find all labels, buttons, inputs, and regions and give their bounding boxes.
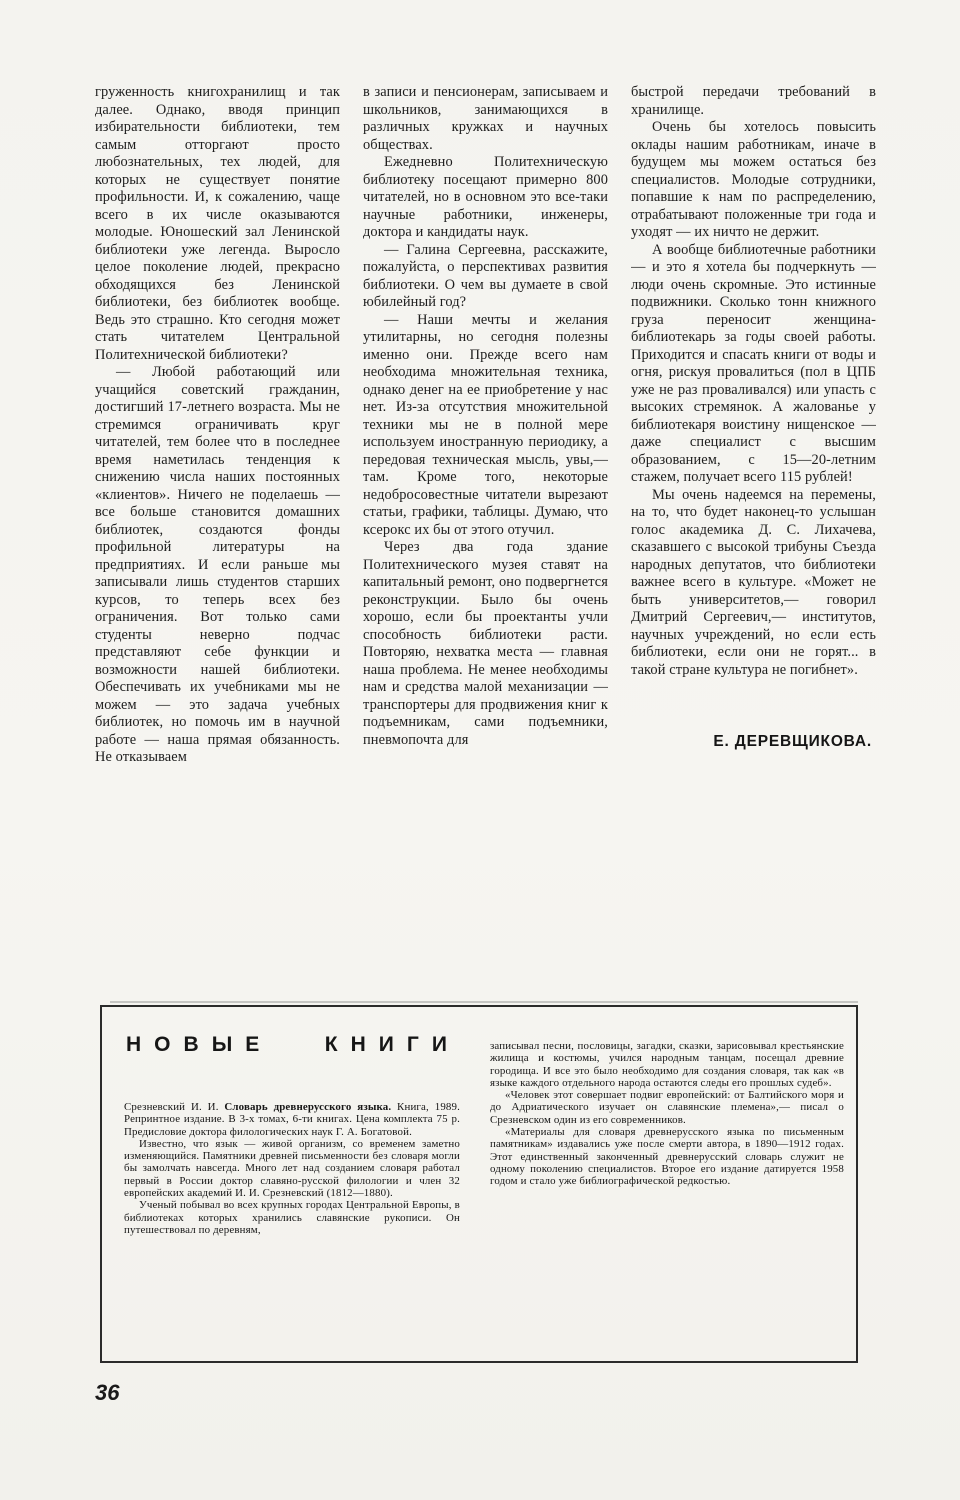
paragraph: быстрой передачи требований в хранилище.	[631, 84, 876, 119]
scan-artifact-line	[110, 1001, 858, 1003]
paragraph: А вообще библиотечные работники — и это …	[631, 242, 876, 487]
paragraph: Через два года здание Политехнического м…	[363, 539, 608, 749]
magazine-page: груженность книгохранилищ и так далее. О…	[0, 0, 960, 1500]
paragraph: Ежедневно Политехническую библиотеку пос…	[363, 154, 608, 242]
paragraph: — Наши мечты и желания утилитарны, но се…	[363, 312, 608, 540]
citation-author: Срезневский И. И.	[124, 1101, 224, 1113]
paragraph: «Человек этот совершает подвиг европейск…	[490, 1089, 844, 1126]
new-books-box: НОВЫЕ КНИГИ Срезневский И. И. Словарь др…	[100, 1005, 858, 1363]
article-body: груженность книгохранилищ и так далее. О…	[95, 84, 877, 989]
article-column-3: быстрой передачи требований в хранилище.…	[631, 84, 876, 989]
new-books-column-right: записывал песни, пословицы, загадки, ска…	[490, 1007, 844, 1361]
author-signature: Е. ДЕРЕВЩИКОВА.	[631, 733, 876, 751]
paragraph: записывал песни, пословицы, загадки, ска…	[490, 1040, 844, 1089]
paragraph: груженность книгохранилищ и так далее. О…	[95, 84, 340, 364]
paragraph: Очень бы хотелось повысить оклады нашим …	[631, 119, 876, 242]
paragraph: в записи и пенсионерам, записываем и шко…	[363, 84, 608, 154]
paragraph: Известно, что язык — живой организм, со …	[124, 1138, 460, 1199]
paragraph: Ученый побывал во всех крупных городах Ц…	[124, 1199, 460, 1236]
paragraph: Мы очень надеемся на перемены, на то, чт…	[631, 487, 876, 680]
citation-book-title: Словарь древнерусского языка.	[224, 1101, 391, 1113]
book-citation: Срезневский И. И. Словарь древнерусского…	[124, 1101, 460, 1138]
paragraph: — Галина Сергеевна, расскажите, пожалуйс…	[363, 242, 608, 312]
paragraph: «Материалы для словаря древнерусского яз…	[490, 1126, 844, 1187]
paragraph: — Любой работающий или учащийся советски…	[95, 364, 340, 767]
page-number: 36	[95, 1380, 119, 1406]
article-column-1: груженность книгохранилищ и так далее. О…	[95, 84, 340, 989]
article-column-2: в записи и пенсионерам, записываем и шко…	[363, 84, 608, 989]
new-books-section-title: НОВЫЕ КНИГИ	[126, 1033, 460, 1057]
new-books-column-left: НОВЫЕ КНИГИ Срезневский И. И. Словарь др…	[124, 1007, 460, 1361]
